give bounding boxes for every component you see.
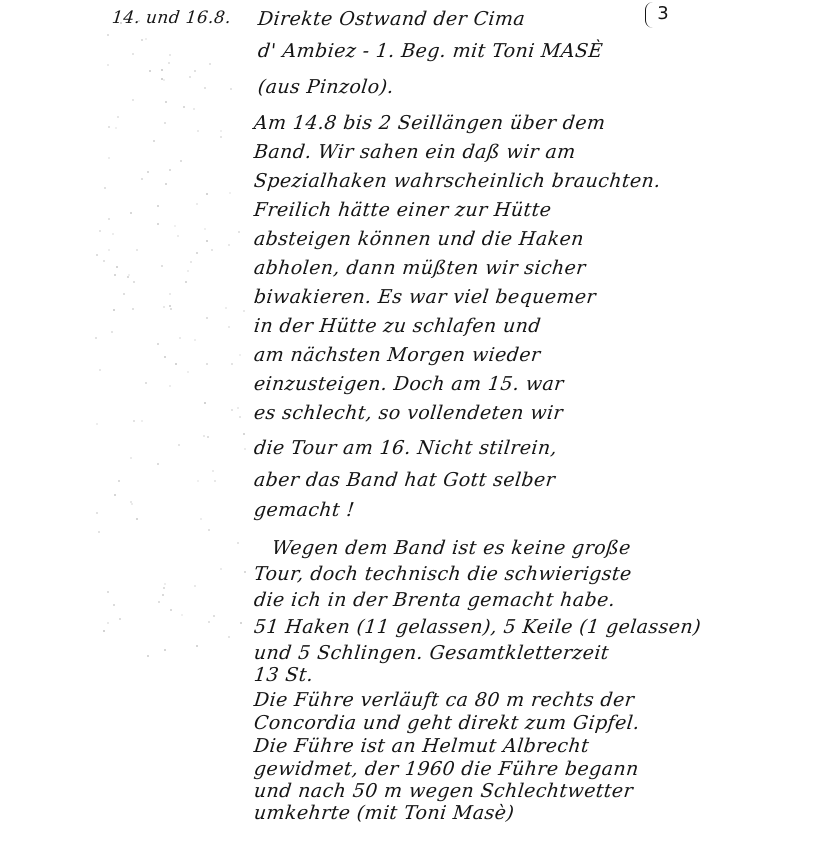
scan-speckle xyxy=(231,363,233,365)
paragraph-3-line: Concordia und geht direkt zum Gipfel. xyxy=(253,712,641,734)
scan-speckle xyxy=(200,518,202,520)
scan-speckle xyxy=(169,54,171,56)
scan-speckle xyxy=(187,270,189,272)
paragraph-1-line: aber das Band hat Gott selber xyxy=(253,469,557,491)
scan-speckle xyxy=(174,225,176,227)
scan-speckle xyxy=(111,331,113,333)
scan-speckle xyxy=(214,480,216,482)
scan-speckle xyxy=(197,480,199,482)
paragraph-2-line: die ich in der Brenta gemacht habe. xyxy=(253,589,617,611)
scan-speckle xyxy=(96,254,98,256)
scan-speckle xyxy=(131,503,133,505)
scan-speckle xyxy=(132,53,134,55)
paragraph-1-line: Spezialhaken wahrscheinlich brauchten. xyxy=(253,170,662,192)
scan-speckle xyxy=(161,265,163,267)
scanned-handwritten-page: 3 14. und 16.8. Direkte Ostwand der Cima… xyxy=(0,0,818,851)
scan-speckle xyxy=(145,382,147,384)
scan-speckle xyxy=(136,249,138,251)
scan-speckle xyxy=(228,636,230,638)
scan-speckle xyxy=(220,568,222,570)
paragraph-3-line: und nach 50 m wegen Schlechtwetter xyxy=(253,780,634,802)
scan-speckle xyxy=(96,512,98,514)
scan-speckle xyxy=(230,88,232,90)
scan-speckle xyxy=(115,127,117,129)
scan-speckle xyxy=(128,274,130,276)
title-line-1: Direkte Ostwand der Cima xyxy=(257,8,526,30)
paragraph-1-line: am nächsten Morgen wieder xyxy=(253,344,542,366)
scan-speckle xyxy=(170,308,172,310)
scan-speckle xyxy=(169,305,171,307)
scan-speckle xyxy=(165,101,167,103)
scan-speckle xyxy=(243,310,245,312)
paragraph-2-line: Tour, doch technisch die schwierigste xyxy=(253,563,633,585)
scan-speckle xyxy=(99,369,101,371)
scan-speckle xyxy=(104,187,106,189)
paragraph-1-line: in der Hütte zu schlafen und xyxy=(253,315,542,337)
scan-speckle xyxy=(208,529,210,531)
paragraph-1-line: gemacht ! xyxy=(253,499,356,521)
scan-speckle xyxy=(132,99,134,101)
scan-speckle xyxy=(113,309,115,311)
scan-speckle xyxy=(98,531,100,533)
scan-speckle xyxy=(107,64,109,66)
scan-speckle xyxy=(141,420,143,422)
paragraph-1-line: die Tour am 16. Nicht stilrein, xyxy=(253,437,558,459)
scan-speckle xyxy=(189,76,191,78)
scan-speckle xyxy=(240,622,242,624)
scan-speckle xyxy=(228,326,230,328)
scan-speckle xyxy=(175,363,177,365)
scan-speckle xyxy=(161,69,163,71)
scan-speckle xyxy=(238,231,240,233)
scan-speckle xyxy=(132,308,134,310)
scan-speckle xyxy=(237,542,239,544)
scan-speckle xyxy=(208,621,210,623)
scan-speckle xyxy=(145,38,147,40)
scan-speckle xyxy=(96,423,98,425)
scan-speckle xyxy=(163,306,165,308)
scan-speckle xyxy=(180,160,182,162)
scan-speckle xyxy=(196,645,198,647)
scan-speckle xyxy=(206,363,208,365)
scan-speckle xyxy=(204,228,206,230)
scan-speckle xyxy=(108,126,110,128)
scan-speckle xyxy=(244,448,246,450)
scan-speckle xyxy=(206,240,208,242)
scan-speckle xyxy=(178,444,180,446)
page-number: 3 xyxy=(651,2,675,26)
scan-speckle xyxy=(157,463,159,465)
scan-speckle xyxy=(103,260,105,262)
paragraph-2-line: 13 St. xyxy=(253,664,315,686)
scan-speckle xyxy=(114,274,116,276)
scan-speckle xyxy=(185,281,187,283)
scan-speckle xyxy=(211,249,213,251)
scan-speckle xyxy=(108,157,110,159)
scan-speckle xyxy=(194,585,196,587)
scan-speckle xyxy=(130,212,132,214)
scan-speckle xyxy=(213,615,215,617)
scan-speckle xyxy=(206,193,208,195)
scan-speckle xyxy=(130,457,132,459)
scan-speckle xyxy=(225,307,227,309)
title-line-3: (aus Pinzolo). xyxy=(257,76,395,98)
scan-speckle xyxy=(114,494,116,496)
paragraph-3-line: umkehrte (mit Toni Masè) xyxy=(253,802,516,824)
scan-speckle xyxy=(149,70,151,72)
scan-speckle xyxy=(209,63,211,65)
scan-speckle xyxy=(204,402,206,404)
scan-speckle xyxy=(141,39,143,41)
scan-speckle xyxy=(169,293,171,295)
scan-speckle xyxy=(220,136,222,138)
scan-speckle xyxy=(177,235,179,237)
paragraph-2-line: Wegen dem Band ist es keine große xyxy=(271,537,632,559)
scan-speckle xyxy=(170,609,172,611)
paragraph-1-line: Am 14.8 bis 2 Seillängen über dem xyxy=(253,112,607,134)
paragraph-1-line: absteigen können und die Haken xyxy=(253,228,585,250)
scan-speckle xyxy=(158,601,160,603)
scan-speckle xyxy=(133,281,135,283)
scan-speckle xyxy=(130,501,132,503)
entry-date: 14. und 16.8. xyxy=(111,8,232,28)
scan-speckle xyxy=(136,518,138,520)
scan-speckle xyxy=(239,354,241,356)
paragraph-3-line: gewidmet, der 1960 die Führe begann xyxy=(253,758,640,780)
scan-speckle xyxy=(168,62,170,64)
scan-speckle xyxy=(163,587,165,589)
scan-speckle xyxy=(157,205,159,207)
paragraph-3-line: Die Führe ist an Helmut Albrecht xyxy=(253,735,590,757)
scan-speckle xyxy=(228,244,230,246)
paragraph-1-line: es schlecht, so vollendeten wir xyxy=(253,402,564,424)
scan-speckle xyxy=(220,130,222,132)
scan-speckle xyxy=(107,591,109,593)
scan-speckle xyxy=(95,337,97,339)
scan-speckle xyxy=(229,192,231,194)
scan-speckle xyxy=(123,293,125,295)
scan-speckle xyxy=(107,622,109,624)
scan-speckle xyxy=(157,343,159,345)
scan-speckle xyxy=(103,630,105,632)
scan-speckle xyxy=(193,108,195,110)
scan-speckle xyxy=(164,122,166,124)
scan-speckle xyxy=(183,106,185,108)
paragraph-1-line: Freilich hätte einer zur Hütte xyxy=(253,199,553,221)
scan-speckle xyxy=(147,171,149,173)
scan-speckle xyxy=(194,339,196,341)
scan-speckle xyxy=(164,583,166,585)
scan-speckle xyxy=(194,70,196,72)
scan-speckle xyxy=(113,604,115,606)
scan-speckle xyxy=(196,252,198,254)
scan-speckle xyxy=(203,435,205,437)
scan-speckle xyxy=(187,371,189,373)
scan-speckle xyxy=(206,317,208,319)
paragraph-1-line: einzusteigen. Doch am 15. war xyxy=(253,373,565,395)
scan-speckle xyxy=(99,230,101,232)
scan-speckle xyxy=(179,337,181,339)
scan-speckle xyxy=(190,261,192,263)
scan-speckle xyxy=(112,233,114,235)
scan-speckle xyxy=(133,420,135,422)
scan-speckle xyxy=(116,266,118,268)
scan-speckle xyxy=(162,594,164,596)
scan-speckle xyxy=(164,356,166,358)
scan-speckle xyxy=(153,140,155,142)
scan-speckle xyxy=(207,436,209,438)
scan-speckle xyxy=(164,649,166,651)
paragraph-3-line: Die Führe verläuft ca 80 m rechts der xyxy=(253,689,636,711)
scan-speckle xyxy=(127,276,129,278)
scan-speckle xyxy=(169,169,171,171)
scan-speckle xyxy=(119,618,121,620)
scan-speckle xyxy=(165,183,167,185)
scan-speckle xyxy=(204,87,206,89)
scan-speckle xyxy=(147,655,149,657)
scan-speckle xyxy=(212,470,214,472)
paragraph-1-line: biwakieren. Es war viel bequemer xyxy=(253,286,597,308)
scan-speckle xyxy=(118,480,120,482)
paragraph-2-line: und 5 Schlingen. Gesamtkletterzeit xyxy=(253,642,610,664)
scan-speckle xyxy=(108,218,110,220)
scan-speckle xyxy=(117,116,119,118)
scan-speckle xyxy=(181,614,183,616)
scan-speckle xyxy=(107,34,109,36)
scan-speckle xyxy=(239,416,241,418)
scan-speckle xyxy=(141,178,143,180)
paragraph-1-line: abholen, dann müßten wir sicher xyxy=(253,257,587,279)
scan-speckle xyxy=(108,249,110,251)
scan-speckle xyxy=(231,409,233,411)
scan-speckle xyxy=(157,223,159,225)
scan-speckle xyxy=(196,203,198,205)
scan-speckle xyxy=(243,433,245,435)
scan-speckle xyxy=(244,571,246,573)
title-line-2: d' Ambiez - 1. Beg. mit Toni MASÈ xyxy=(257,40,604,62)
scan-speckle xyxy=(237,407,239,409)
paragraph-2-line: 51 Haken (11 gelassen), 5 Keile (1 gelas… xyxy=(253,616,702,638)
scan-speckle xyxy=(197,130,199,132)
scan-speckle xyxy=(169,385,171,387)
paragraph-1-line: Band. Wir sahen ein daß wir am xyxy=(253,141,577,163)
